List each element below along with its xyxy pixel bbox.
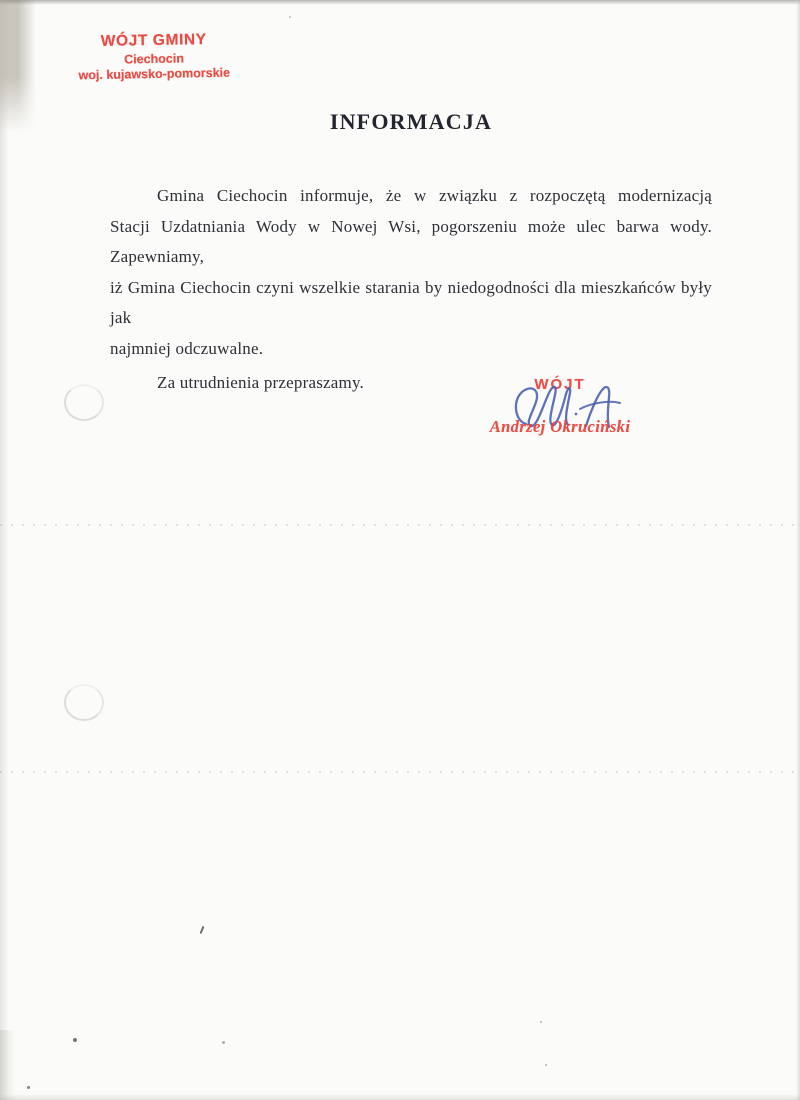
- scan-speck: [73, 1038, 77, 1042]
- scan-edge-right: [796, 0, 800, 1100]
- scan-speck: [540, 1021, 542, 1023]
- sender-stamp-office: WÓJT GMINY: [56, 30, 252, 51]
- letter-body: Gmina Ciechocin informuje, że w związku …: [110, 181, 712, 399]
- scan-speck: [200, 926, 205, 934]
- signature-block: WÓJT Andrzej Okruciński: [445, 376, 675, 446]
- scanned-letter-page: WÓJT GMINY Ciechocin woj. kujawsko-pomor…: [0, 0, 800, 1100]
- document-title: INFORMACJA: [110, 109, 712, 135]
- scan-edge-left: [0, 0, 9, 1100]
- body-line: najmniej odczuwalne.: [110, 334, 712, 365]
- scan-edge-top: [0, 0, 800, 5]
- body-line: Gmina Ciechocin informuje, że w związku …: [110, 181, 712, 212]
- scan-corner-shadow: [0, 1030, 16, 1100]
- sender-stamp-voivodeship: woj. kujawsko-pomorskie: [56, 65, 252, 82]
- scan-speck: [289, 16, 291, 18]
- body-line: iż Gmina Ciechocin czyni wszelkie staran…: [110, 273, 712, 334]
- hole-punch-mark: [64, 684, 104, 721]
- scan-edge-bottom: [0, 1094, 800, 1100]
- fold-line: [0, 771, 800, 773]
- scan-speck: [222, 1041, 225, 1044]
- signature-name-stamp: Andrzej Okruciński: [445, 417, 675, 437]
- scan-speck: [545, 1064, 547, 1066]
- hole-punch-mark: [64, 384, 104, 421]
- scan-speck: [27, 1086, 30, 1089]
- body-line: Stacji Uzdatniania Wody w Nowej Wsi, pog…: [110, 212, 712, 273]
- sender-stamp: WÓJT GMINY Ciechocin woj. kujawsko-pomor…: [56, 30, 253, 82]
- fold-line: [0, 524, 800, 526]
